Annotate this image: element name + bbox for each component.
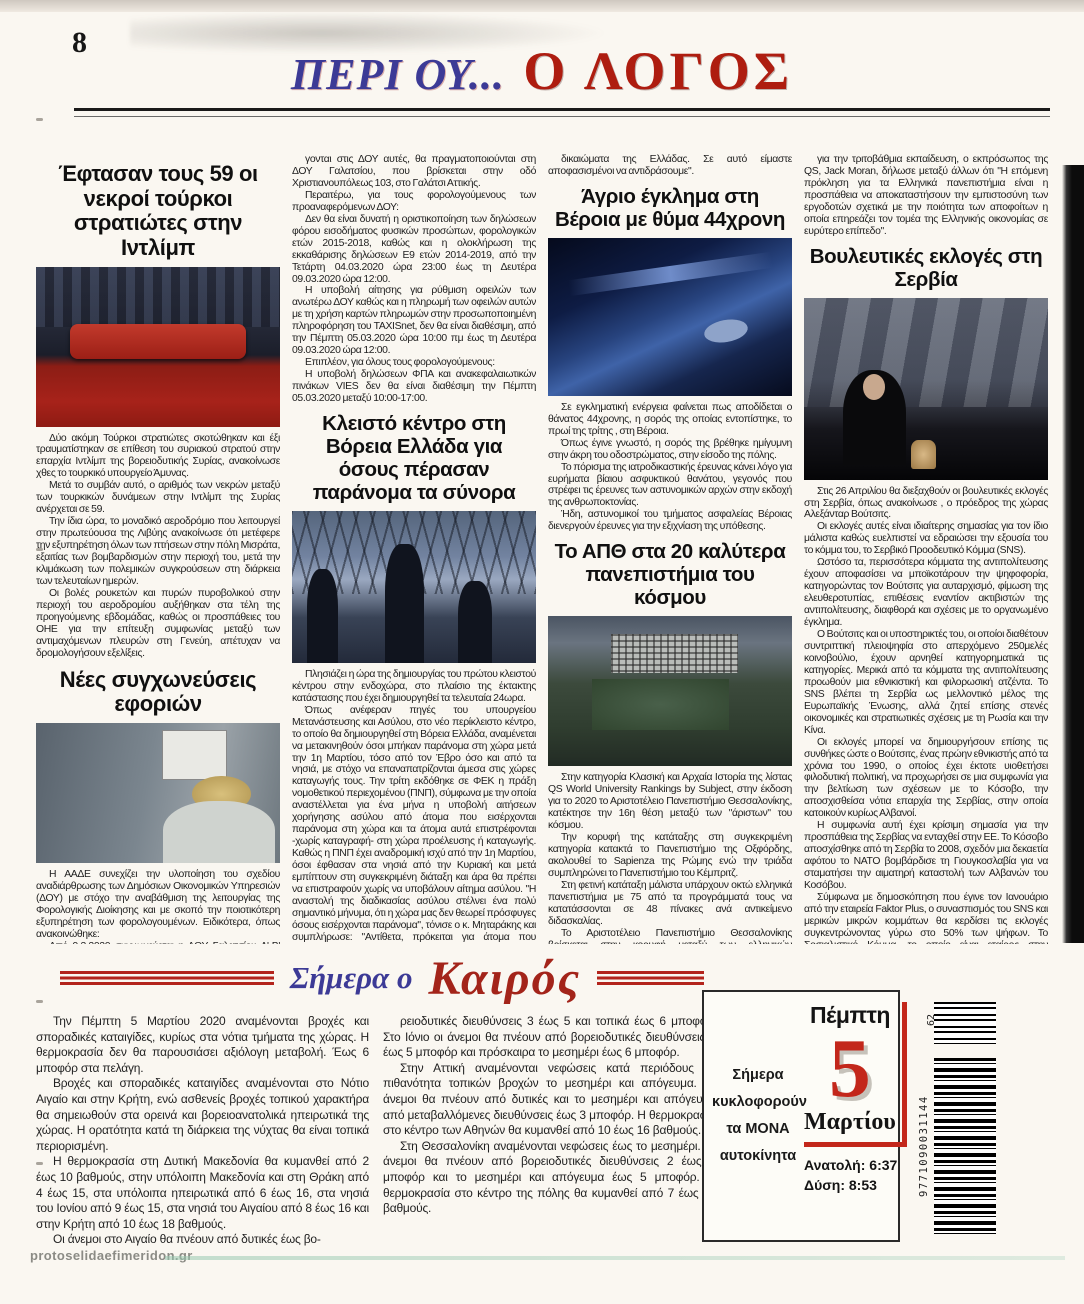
paragraph: Ωστόσο τα, περισσότερα κόμματα της αντιπ… <box>804 557 1048 629</box>
photo-vucic-rally <box>804 298 1048 480</box>
paragraph: Ο Βούτσιτς και οι υποστηρικτές του, οι ο… <box>804 629 1048 737</box>
weather-column-1: Την Πέμπτη 5 Μαρτίου 2020 αναμένονται βρ… <box>36 1014 369 1259</box>
notice-sign-shape <box>163 731 226 779</box>
person-body-shape <box>163 801 275 863</box>
calendar-box: Σήμερα κυκλοφορούν τα ΜΟΝΑ αυτοκίνητα Πέ… <box>702 990 900 1242</box>
podium-crest-shape <box>911 440 935 469</box>
continued-article-body: γονται στις ΔΟΥ αυτές, θα πραγματοποιούν… <box>292 154 536 405</box>
odd-plates-notice: Σήμερα κυκλοφορούν τα ΜΟΝΑ αυτοκίνητα <box>712 1062 804 1169</box>
article-body: Δύο ακόμη Τούρκοι στρατιώτες σκοτώθηκαν … <box>36 433 280 660</box>
article-body: Στις 26 Απριλίου θα διεξαχθούν οι βουλευ… <box>804 486 1048 944</box>
headline-closed-migrant-center: Κλειστό κέντρο στη Βόρεια Ελλάδα για όσο… <box>294 413 534 505</box>
speaker-face-shape <box>863 374 885 399</box>
banner-rule-left <box>60 971 274 985</box>
paragraph: Στη φετινή κατάταξη μάλιστα υπάρχουν οκτ… <box>548 880 792 928</box>
silhouette-shape <box>307 569 339 663</box>
paragraph: Η θερμοκρασία στη Δυτική Μακεδονία θα κυ… <box>36 1154 369 1232</box>
campus-building-shape <box>611 634 738 673</box>
calendar-month: Μαρτίου <box>804 1109 896 1136</box>
barcode-digits: 9771090031144 <box>918 1058 930 1234</box>
paragraph: Επιπλέον, για όλους τους φορολογούμενους… <box>292 357 536 369</box>
barcode-main-bars <box>934 1058 996 1234</box>
paragraph: Βροχές και σποραδικές καταιγίδες αναμένο… <box>36 1076 369 1154</box>
headline-auth-rankings: Το ΑΠΘ στα 20 καλύτερα πανεπιστήμια του … <box>550 541 790 610</box>
article-columns: Έφτασαν τους 59 οι νεκροί τούρκοι στρατι… <box>0 146 1084 944</box>
paragraph: Δεν θα είναι δυνατή η οριστικοποίηση των… <box>292 214 536 286</box>
paragraph: Οι εκλογές μπορεί να δημιουργήσουν επίση… <box>804 737 1048 821</box>
masthead-blue-text: ΠΕΡΙ ΟΥ... <box>291 50 505 99</box>
sun-times: Ανατολή: 6:37 Δύση: 8:53 <box>804 1155 907 1196</box>
continued-article-body: για την τριτοβάθμια εκπαίδευση, ο εκπρόσ… <box>804 154 1048 238</box>
funeral-crowd-shape <box>36 267 280 328</box>
campus-lawn-shape <box>592 679 729 730</box>
paragraph: Το πόρισμα της ιατροδικαστικής έρευνας κ… <box>548 462 792 510</box>
photo-tax-office <box>36 723 280 863</box>
paragraph: Η συμφωνία αυτή έχει κρίσιμη σημασία για… <box>804 820 1048 892</box>
paragraph: Η υποβολή αίτησης για ρύθμιση οφειλών τω… <box>292 285 536 357</box>
masthead: ΠΕΡΙ ΟΥ... Ο ΛΟΓΟΣ <box>0 18 1084 102</box>
masthead-red-text: Ο ΛΟΓΟΣ <box>523 41 793 101</box>
paragraph: γονται στις ΔΟΥ αυτές, θα πραγματοποιούν… <box>292 154 536 190</box>
sunrise-time: Ανατολή: 6:37 <box>804 1155 907 1175</box>
banner-rule-right <box>597 971 704 985</box>
newspaper-page: 8 ΠΕΡΙ ΟΥ... Ο ΛΟΓΟΣ Έφτασαν τους 59 οι … <box>0 0 1084 1304</box>
paragraph: Περαιτέρω, για τους φορολογούμενους των … <box>292 190 536 214</box>
column-4: για την τριτοβάθμια εκπαίδευση, ο εκπρόσ… <box>804 154 1048 944</box>
paragraph: Στην Αττική αναμένονται νεφώσεις κατά πε… <box>383 1061 716 1139</box>
paragraph: Σύμφωνα με δημοσκόπηση που έγινε τον Ιαν… <box>804 892 1048 944</box>
paragraph: Η ΑΑΔΕ συνεχίζει την υλοποίηση του σχεδί… <box>36 869 280 941</box>
silhouette-shape <box>385 544 424 663</box>
paragraph: Οι άνεμοι στο Αιγαίο θα πνέουν από δυτικ… <box>36 1232 369 1248</box>
weather-banner-blue-text: Σήμερα ο <box>290 960 413 996</box>
calendar-date-block: Πέμπτη 5 Μαρτίου Ανατολή: 6:37 Δύση: 8:5… <box>804 1002 907 1230</box>
paragraph: Μετά το συμβάν αυτό, ο αριθμός των νεκρώ… <box>36 480 280 516</box>
paragraph: δικαιώματα της Ελλάδας. Σε αυτό είμαστε … <box>548 154 792 178</box>
page-header: 8 ΠΕΡΙ ΟΥ... Ο ΛΟΓΟΣ <box>0 0 1084 146</box>
column-3: δικαιώματα της Ελλάδας. Σε αυτό είμαστε … <box>548 154 792 944</box>
article-body: Στην κατηγορία Κλασική και Αρχαία Ιστορί… <box>548 772 792 944</box>
weather-banner-red-text: Καιρός <box>428 951 581 1006</box>
paragraph: για την τριτοβάθμια εκπαίδευση, ο εκπρόσ… <box>804 154 1048 238</box>
page-number: 8 <box>72 26 87 60</box>
photo-university-campus-aerial <box>548 616 792 766</box>
watermark-scan-line <box>165 1256 1065 1260</box>
headline-turkish-soldiers: Έφτασαν τους 59 οι νεκροί τούρκοι στρατι… <box>38 162 278 261</box>
weather-banner: Σήμερα ο Καιρός <box>60 952 704 1004</box>
headline-serbia-elections: Βουλευτικές εκλογές στη Σερβία <box>806 246 1046 292</box>
paragraph: Σε εγκληματική ενέργεια φαίνεται πως απο… <box>548 402 792 438</box>
paragraph: Οι βολές ρουκετών και πυρών πυροβολικού … <box>36 588 280 660</box>
paragraph: Στη Θεσσαλονίκη αναμένονται νεφώσεις έως… <box>383 1139 716 1217</box>
car-mirror-shape <box>703 316 750 345</box>
weather-forecast-text: Την Πέμπτη 5 Μαρτίου 2020 αναμένονται βρ… <box>0 1004 716 1259</box>
weather-section: Σήμερα ο Καιρός Την Πέμπτη 5 Μαρτίου 202… <box>0 952 1084 1282</box>
photo-turkish-soldiers-funeral <box>36 267 280 427</box>
margin-mark <box>36 548 43 551</box>
rally-mural-shape <box>804 298 1048 407</box>
paragraph: Όπως έγινε γνωστό, η σορός της βρέθηκε η… <box>548 438 792 462</box>
column-2: γονται στις ΔΟΥ αυτές, θα πραγματοποιούν… <box>292 154 536 944</box>
column-1: Έφτασαν τους 59 οι νεκροί τούρκοι στρατι… <box>36 154 280 944</box>
paragraph: Οι εκλογές αυτές είναι ιδιαίτερης σημασί… <box>804 521 1048 557</box>
calendar-day-number: 5 <box>804 1029 896 1109</box>
car-roof-highlight-shape <box>567 252 772 296</box>
paragraph: Η υποβολή δηλώσεων ΦΠΑ και ανακεφαλαιωτι… <box>292 369 536 405</box>
paragraph: Πλησιάζει η ώρα της δημιουργίας του πρώτ… <box>292 669 536 705</box>
paragraph: Το Αριστοτέλειο Πανεπιστήμιο Θεσσαλονίκη… <box>548 928 792 944</box>
silhouette-shape <box>458 581 492 663</box>
paragraph: Στις 26 Απριλίου θα διεξαχθούν οι βουλευ… <box>804 486 1048 522</box>
paragraph: ρειοδυτικές διευθύνσεις 3 έως 5 και τοπι… <box>383 1014 716 1061</box>
photo-police-car-night <box>548 238 792 396</box>
weather-column-2: ρειοδυτικές διευθύνσεις 3 έως 5 και τοπι… <box>383 1014 716 1259</box>
article-body: Πλησιάζει η ώρα της δημιουργίας του πρώτ… <box>292 669 536 944</box>
continued-article-body: δικαιώματα της Ελλάδας. Σε αυτό είμαστε … <box>548 154 792 178</box>
photo-border-fence-silhouettes <box>292 511 536 663</box>
scan-edge-strip <box>1062 165 1084 943</box>
calendar-red-bracket: Πέμπτη 5 Μαρτίου <box>804 1002 907 1147</box>
header-rule <box>74 108 1050 117</box>
flag-draped-coffin-shape <box>70 324 246 359</box>
barcode-top-bars <box>934 1002 996 1044</box>
paragraph: Την ίδια ώρα, το μοναδικό αεροδρόμιο που… <box>36 516 280 588</box>
headline-veria-crime: Άγριο έγκλημα στη Βέροια με θύμα 44χρονη <box>550 186 790 232</box>
paragraph: Όπως ανέφεραν πηγές του υπουργείου Μεταν… <box>292 705 536 944</box>
paragraph: Την κορυφή της κατάταξης στη συγκεκριμέν… <box>548 832 792 880</box>
paragraph: Δύο ακόμη Τούρκοι στρατιώτες σκοτώθηκαν … <box>36 433 280 481</box>
paragraph: Την Πέμπτη 5 Μαρτίου 2020 αναμένονται βρ… <box>36 1014 369 1076</box>
issue-barcode: 62 9771090031144 <box>916 1002 1002 1234</box>
paragraph: Στην κατηγορία Κλασική και Αρχαία Ιστορί… <box>548 772 792 832</box>
headline-tax-office-mergers: Νέες συγχωνεύσεις εφοριών <box>38 668 278 717</box>
paragraph: Ήδη, αστυνομικοί του τμήματος ασφαλείας … <box>548 509 792 533</box>
article-body: Σε εγκληματική ενέργεια φαίνεται πως απο… <box>548 402 792 533</box>
sunset-time: Δύση: 8:53 <box>804 1175 907 1195</box>
paragraph: Από 9.3.2020 συγχωνεύεται η ΔΟΥ Γαλατσίο… <box>36 941 280 944</box>
article-body: Η ΑΑΔΕ συνεχίζει την υλοποίηση του σχεδί… <box>36 869 280 944</box>
